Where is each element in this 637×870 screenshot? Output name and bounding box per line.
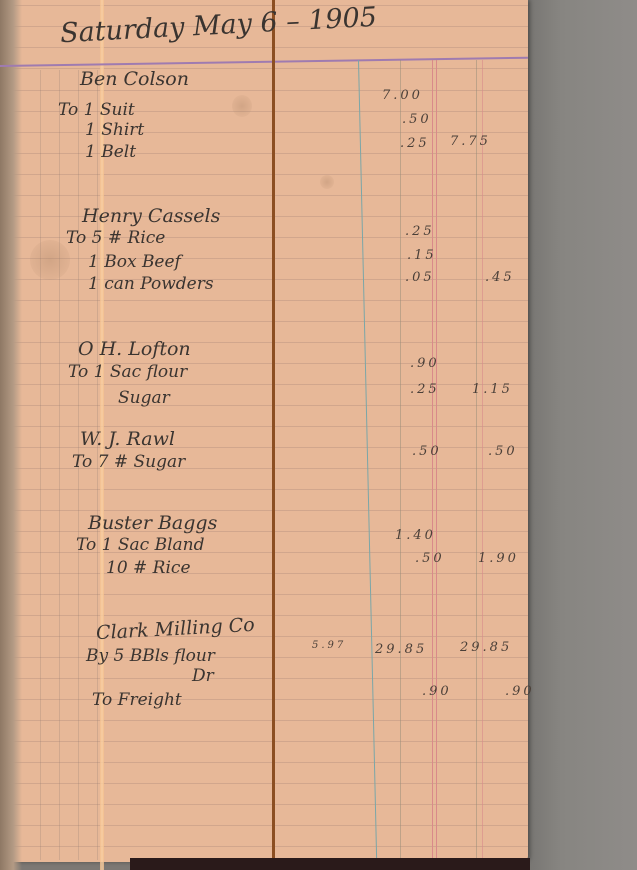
entry-total: .50 <box>488 444 518 459</box>
line-amount: 1.40 <box>395 528 436 543</box>
line-amount: .25 <box>405 224 435 239</box>
stain <box>320 175 334 189</box>
debit-marker: Dr <box>192 666 214 686</box>
unit-rate: 5.97 <box>312 640 346 651</box>
page-edge-shadow <box>0 0 22 870</box>
customer-name: Buster Baggs <box>88 512 217 534</box>
customer-name: Ben Colson <box>80 68 189 90</box>
line-amount: .90 <box>410 356 440 371</box>
line-item: By 5 BBls flour <box>86 646 215 666</box>
stain <box>30 240 70 280</box>
line-item: To Freight <box>92 690 182 710</box>
line-amount: 7.00 <box>382 88 423 103</box>
line-amount: .50 <box>412 444 442 459</box>
line-item: To 7 # Sugar <box>72 452 185 472</box>
line-amount: .50 <box>415 551 445 566</box>
line-item: 1 Belt <box>85 142 136 162</box>
line-amount: .50 <box>402 112 432 127</box>
binding-fold-line <box>272 0 275 870</box>
line-amount: .05 <box>405 270 435 285</box>
entry-total: .90 <box>505 684 535 699</box>
customer-name: O H. Lofton <box>78 338 191 360</box>
line-item: 1 Box Beef <box>88 252 181 272</box>
money-column-rule <box>400 60 401 860</box>
customer-name: Henry Cassels <box>82 205 220 227</box>
money-column-rule <box>436 60 437 860</box>
entry-total: .45 <box>485 270 515 285</box>
background-surface <box>510 0 637 870</box>
line-item: Sugar <box>118 388 170 408</box>
line-amount: .25 <box>400 136 430 151</box>
line-item: To 5 # Rice <box>66 228 165 248</box>
line-item: To 1 Sac Bland <box>76 535 204 555</box>
line-item: To 1 Sac flour <box>68 362 187 382</box>
entry-total: 1.15 <box>472 382 513 397</box>
line-item: To 1 Suit <box>58 100 135 120</box>
entry-total: 1.90 <box>478 551 519 566</box>
line-amount: .90 <box>422 684 452 699</box>
customer-name: W. J. Rawl <box>80 428 175 450</box>
line-item: 10 # Rice <box>106 558 191 578</box>
money-column-rule <box>432 60 433 860</box>
line-amount: 29.85 <box>375 642 427 657</box>
money-column-rule <box>482 60 483 860</box>
line-amount: .25 <box>410 382 440 397</box>
entry-total: 7.75 <box>450 134 491 149</box>
line-amount: .15 <box>407 248 437 263</box>
book-cover-edge <box>130 858 530 870</box>
line-item: 1 Shirt <box>85 120 144 140</box>
entry-total: 29.85 <box>460 640 512 655</box>
money-column-rule <box>476 60 477 860</box>
stain <box>232 95 252 117</box>
line-item: 1 can Powders <box>88 274 214 294</box>
